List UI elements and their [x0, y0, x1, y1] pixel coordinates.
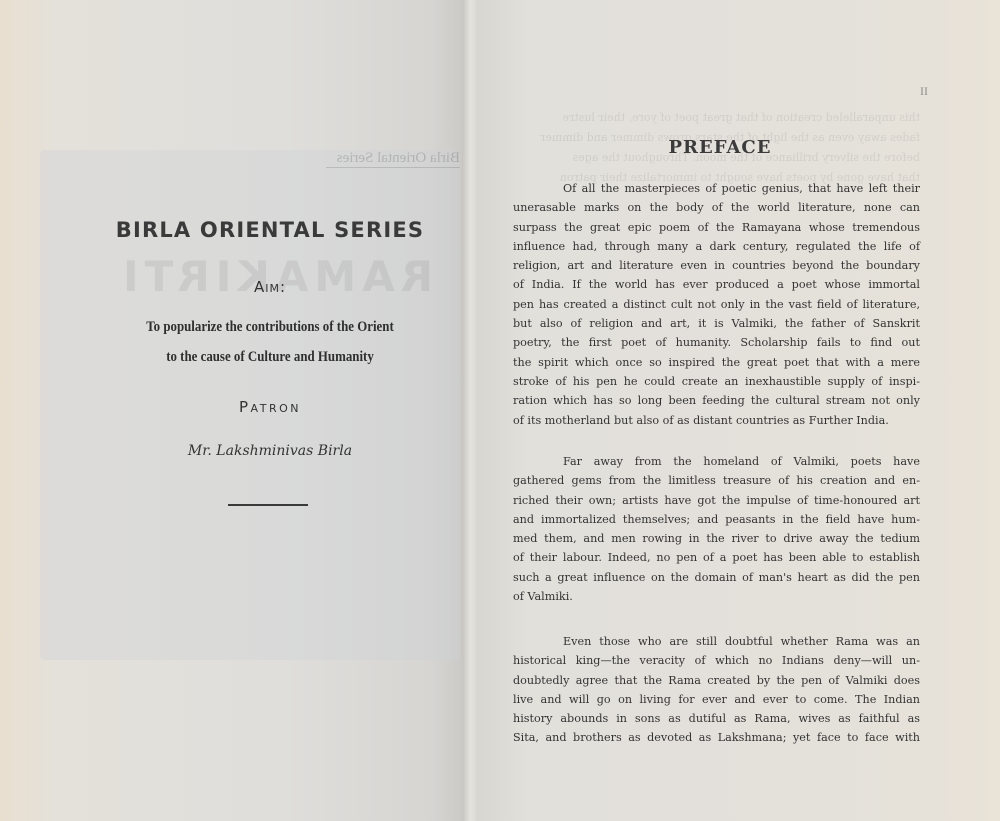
text-line: historical king—the veracity of which no…	[513, 651, 920, 670]
aim-label: Aim:	[80, 278, 460, 296]
text-line: surpass the great epic poem of the Ramay…	[513, 218, 920, 237]
text-line: Even those who are still doubtful whethe…	[513, 632, 920, 651]
text-line: such a great influence on the domain of …	[513, 568, 920, 587]
aim-line: to the cause of Culture and Humanity	[124, 342, 416, 372]
text-line: of India. If the world has ever produced…	[513, 275, 920, 294]
page-number: II	[920, 84, 928, 99]
text-line: Sita, and brothers as devoted as Lakshma…	[513, 728, 920, 747]
text-line: Of all the masterpieces of poetic genius…	[513, 179, 920, 198]
text-line: the spirit which once so inspired the gr…	[513, 353, 920, 372]
text-line: of Valmiki.	[513, 587, 920, 606]
text-line: riched their own; artists have got the i…	[513, 491, 920, 510]
aim-line: To popularize the contributions of the O…	[124, 312, 416, 342]
paragraph-2: Far away from the homeland of Valmiki, p…	[513, 452, 920, 606]
text-line: live and will go on living for ever and …	[513, 690, 920, 709]
paragraph-1: Of all the masterpieces of poetic genius…	[513, 179, 920, 430]
divider-rule	[228, 504, 308, 506]
series-title: BIRLA ORIENTAL SERIES	[80, 218, 460, 242]
text-line: poetry, the first poet of humanity. Scho…	[513, 333, 920, 352]
text-line: doubtedly agree that the Rama created by…	[513, 671, 920, 690]
text-line: stroke of his pen he could create an ine…	[513, 372, 920, 391]
text-line: influence had, through many a dark centu…	[513, 237, 920, 256]
bleed-line: this unparalleled creation of that great…	[513, 108, 920, 128]
text-line: Far away from the homeland of Valmiki, p…	[513, 452, 920, 471]
text-line: pen has created a distinct cult not only…	[513, 295, 920, 314]
text-line: gathered gems from the limitless treasur…	[513, 471, 920, 490]
text-line: of its motherland but also of as distant…	[513, 411, 920, 430]
book-spread: Birla Oriental Series RAMAKIRTI BIRLA OR…	[0, 0, 1000, 821]
paragraph-3: Even those who are still doubtful whethe…	[513, 632, 920, 748]
aim-text: To popularize the contributions of the O…	[124, 312, 416, 372]
text-line: unerasable marks on the body of the worl…	[513, 198, 920, 217]
patron-name: Mr. Lakshminivas Birla	[80, 443, 460, 459]
patron-label: Patron	[80, 398, 460, 416]
text-line: and immortalized themselves; and peasant…	[513, 510, 920, 529]
text-line: med them, and men rowing in the river to…	[513, 529, 920, 548]
text-line: but also of religion and art, it is Valm…	[513, 314, 920, 333]
text-line: of their labour. Indeed, no pen of a poe…	[513, 548, 920, 567]
text-line: religion, art and literature even in cou…	[513, 256, 920, 275]
bleed-through-header: Birla Oriental Series	[326, 150, 460, 168]
text-line: ration which has so long been feeding th…	[513, 391, 920, 410]
text-line: history abounds in sons as dutiful as Ra…	[513, 709, 920, 728]
preface-title: PREFACE	[600, 137, 840, 158]
